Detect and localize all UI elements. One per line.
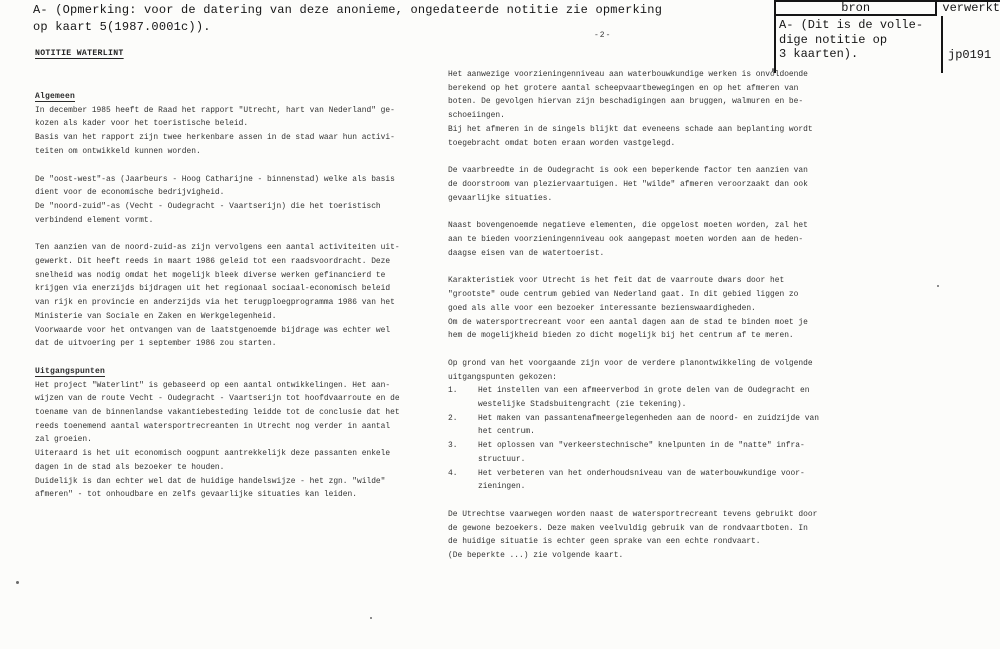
column-header-verwerkt: verwerkt [937, 2, 1000, 16]
scan-speck [16, 581, 19, 584]
dating-annotation: A- (Opmerking: voor de datering van deze… [33, 2, 733, 36]
scan-speck [937, 285, 939, 287]
scan-speck [370, 617, 372, 619]
paragraph: De vaarbreedte in de Oudegracht is ook e… [448, 164, 826, 205]
list-item-number: 1. [448, 384, 478, 411]
section-heading-algemeen: Algemeen [35, 90, 413, 104]
list-item: 4. Het verbeteren van het onderhoudsnive… [448, 467, 826, 494]
paragraph: De "oost-west"-as (Jaarbeurs - Hoog Cath… [35, 173, 413, 228]
list-item-text: Het maken van passantenafmeergelegenhede… [478, 412, 826, 439]
scan-speck [772, 68, 774, 72]
list-item-number: 4. [448, 467, 478, 494]
list-item: 1. Het instellen van een afmeerverbod in… [448, 384, 826, 411]
paragraph: Op grond van het voorgaande zijn voor de… [448, 357, 826, 384]
list-item-text: Het verbeteren van het onderhoudsniveau … [478, 467, 826, 494]
paragraph: In december 1985 heeft de Raad het rappo… [35, 104, 413, 159]
section-heading-uitgangspunten: Uitgangspunten [35, 365, 413, 379]
list-item-text: Het instellen van een afmeerverbod in gr… [478, 384, 826, 411]
paragraph: Het aanwezige voorzieningenniveau aan wa… [448, 68, 826, 150]
bron-cell-note: A- (Dit is de volle- dige notitie op 3 k… [776, 16, 943, 73]
paragraph: Het project "Waterlint" is gebaseerd op … [35, 379, 413, 502]
column-header-bron: bron [776, 2, 937, 16]
list-item-number: 3. [448, 439, 478, 466]
numbered-list: 1. Het instellen van een afmeerverbod in… [448, 384, 826, 494]
verwerkt-cell-code: jp0191 [943, 16, 1000, 73]
right-column: Het aanwezige voorzieningenniveau aan wa… [448, 68, 826, 577]
page-number: -2- [594, 31, 611, 40]
paragraph: De Utrechtse vaarwegen worden naast de w… [448, 508, 826, 563]
index-table-header-row: bron verwerkt [776, 2, 1000, 16]
index-table: bron verwerkt A- (Dit is de volle- dige … [774, 0, 1000, 73]
list-item: 2. Het maken van passantenafmeergelegenh… [448, 412, 826, 439]
left-column: Algemeen In december 1985 heeft de Raad … [35, 90, 413, 516]
paragraph: Karakteristiek voor Utrecht is het feit … [448, 274, 826, 343]
scanned-document-page: { "annotation": { "text": "A- (Opmerking… [0, 0, 1000, 649]
list-item-number: 2. [448, 412, 478, 439]
document-title: NOTITIE WATERLINT [35, 49, 124, 58]
paragraph: Naast bovengenoemde negatieve elementen,… [448, 219, 826, 260]
list-item-text: Het oplossen van "verkeerstechnische" kn… [478, 439, 826, 466]
index-table-body-row: A- (Dit is de volle- dige notitie op 3 k… [776, 16, 1000, 73]
list-item: 3. Het oplossen van "verkeerstechnische"… [448, 439, 826, 466]
paragraph: Ten aanzien van de noord-zuid-as zijn ve… [35, 241, 413, 351]
